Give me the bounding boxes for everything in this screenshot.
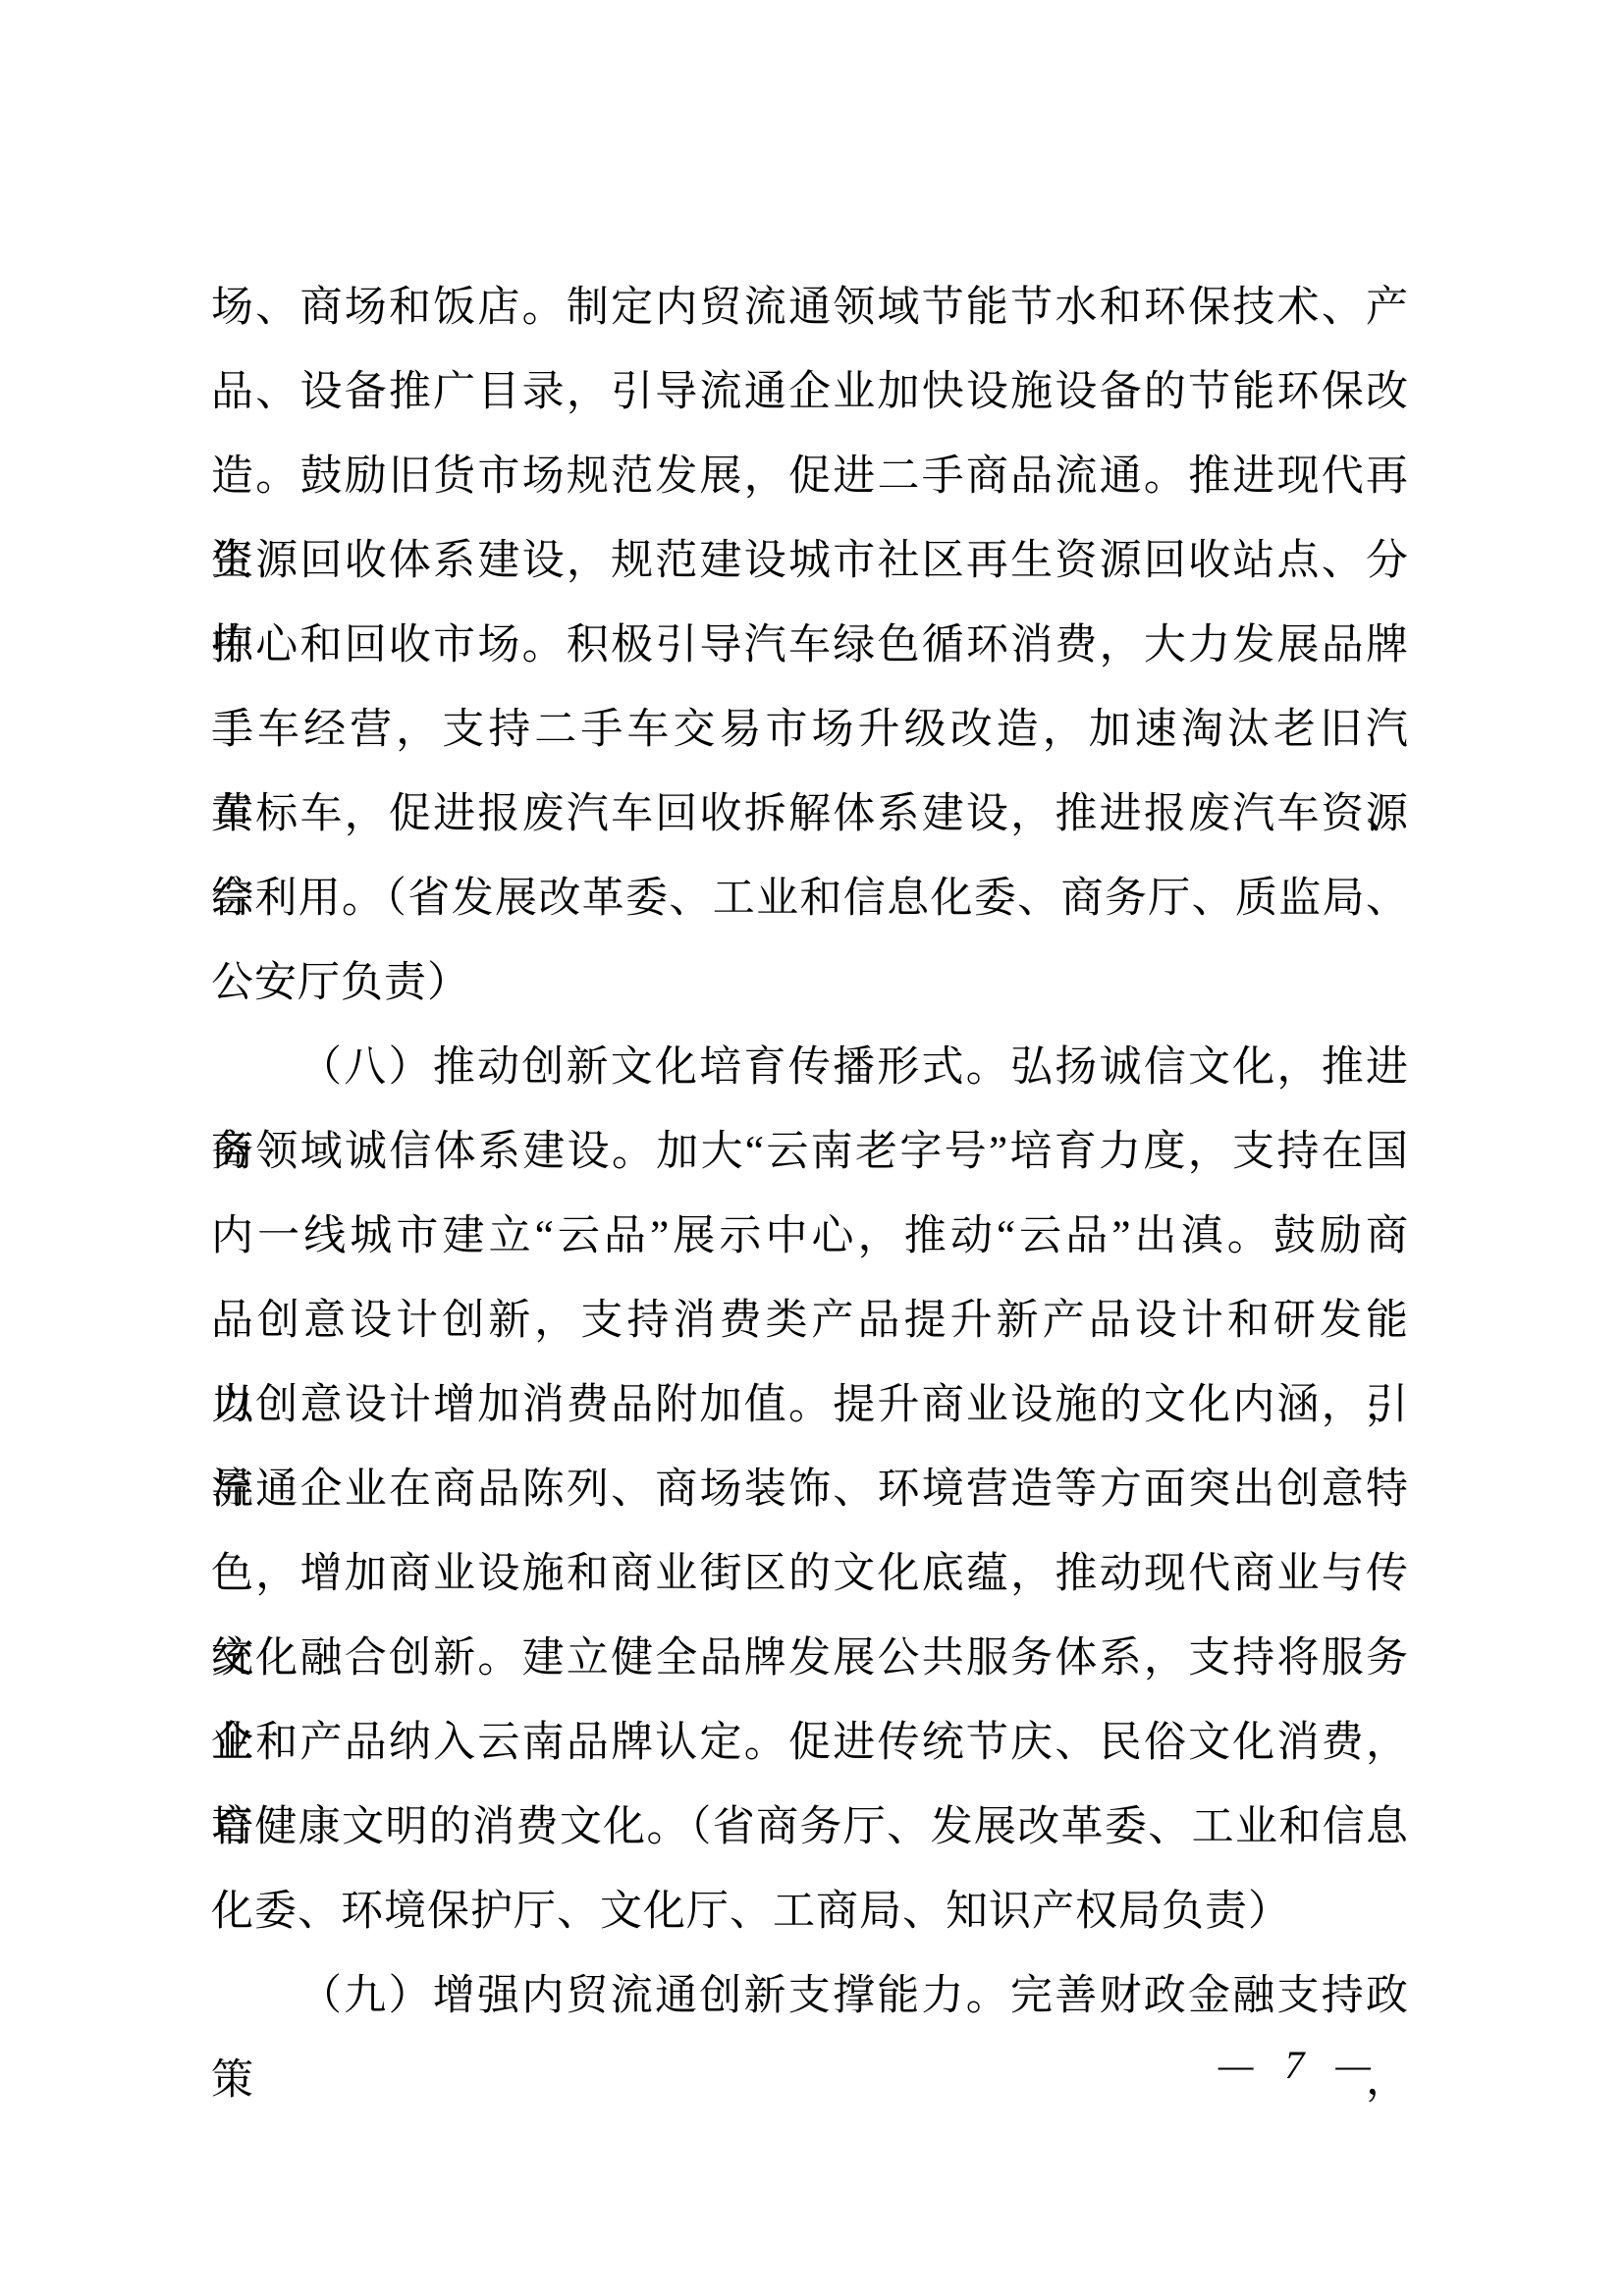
text-line: 流通企业在商品陈列、商场装饰、环境营造等方面突出创意特	[211, 1448, 1409, 1532]
text-line: 业和产品纳入云南品牌认定。促进传统节庆、民俗文化消费，培	[211, 1701, 1409, 1786]
page-number: — 7 —	[1218, 2044, 1373, 2087]
text-line: 场、商场和饭店。制定内贸流通领域节能节水和环保技术、产	[211, 266, 1409, 350]
text-line: 资源回收体系建设，规范建设城市社区再生资源回收站点、分拣	[211, 519, 1409, 604]
text-line: （九）增强内贸流通创新支撑能力。完善财政金融支持政策，	[211, 1954, 1409, 2039]
text-line: （八）推动创新文化培育传播形式。弘扬诚信文化，推进商	[211, 1026, 1409, 1110]
text-line: 黄标车，促进报废汽车回收拆解体系建设，推进报废汽车资源综	[211, 773, 1409, 857]
text-line: 品创意设计创新，支持消费类产品提升新产品设计和研发能力，	[211, 1279, 1409, 1363]
text-line: 育健康文明的消费文化。（省商务厅、发展改革委、工业和信息	[211, 1786, 1409, 1870]
text-line: 以创意设计增加消费品附加值。提升商业设施的文化内涵，引导	[211, 1363, 1409, 1448]
text-line: 化委、环境保护厅、文化厅、工商局、知识产权局负责）	[211, 1870, 1409, 1954]
text-line: 内一线城市建立“云品”展示中心，推动“云品”出滇。鼓励商	[211, 1195, 1409, 1279]
text-line: 造。鼓励旧货市场规范发展，促进二手商品流通。推进现代再生	[211, 435, 1409, 519]
text-line: 文化融合创新。建立健全品牌发展公共服务体系，支持将服务企	[211, 1617, 1409, 1701]
text-line: 色，增加商业设施和商业街区的文化底蕴，推动现代商业与传统	[211, 1532, 1409, 1617]
body-text: 场、商场和饭店。制定内贸流通领域节能节水和环保技术、产 品、设备推广目录，引导流…	[211, 266, 1409, 2039]
text-line: 合利用。（省发展改革委、工业和信息化委、商务厅、质监局、	[211, 857, 1409, 941]
text-line: 务领域诚信体系建设。加大“云南老字号”培育力度，支持在国	[211, 1110, 1409, 1195]
document-page: 场、商场和饭店。制定内贸流通领域节能节水和环保技术、产 品、设备推广目录，引导流…	[0, 0, 1624, 2296]
text-line: 中心和回收市场。积极引导汽车绿色循环消费，大力发展品牌二	[211, 604, 1409, 688]
text-line: 手车经营，支持二手车交易市场升级改造，加速淘汰老旧汽车、	[211, 688, 1409, 773]
text-line: 品、设备推广目录，引导流通企业加快设施设备的节能环保改	[211, 350, 1409, 435]
text-line: 公安厅负责）	[211, 941, 1409, 1026]
